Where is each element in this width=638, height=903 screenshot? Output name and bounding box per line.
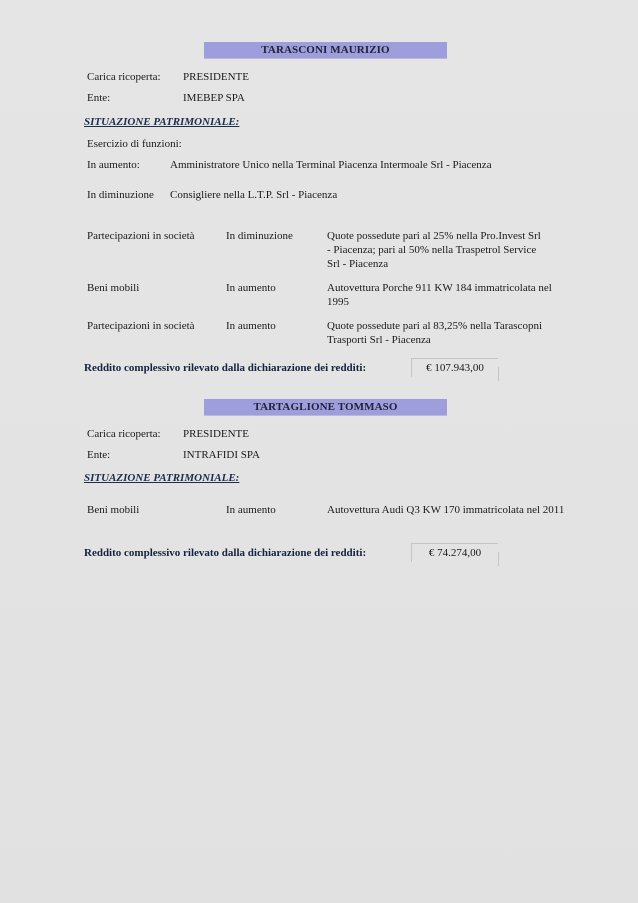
situazione-patrimoniale-heading: SITUAZIONE PATRIMONIALE: [84, 115, 239, 129]
carica-value: PRESIDENTE [183, 70, 249, 84]
situazione-patrimoniale-heading: SITUAZIONE PATRIMONIALE: [84, 471, 239, 485]
patrimonio-description: Quote possedute pari al 83,25% nella Tar… [327, 319, 572, 347]
esercizio-funzioni-label: Esercizio di funzioni: [87, 137, 182, 151]
ente-label: Ente: [87, 448, 110, 462]
carica-label: Carica ricoperta: [87, 427, 161, 441]
patrimonio-direction: In diminuzione [226, 229, 293, 243]
ente-value: IMEBEP SPA [183, 91, 245, 105]
person-name-header: TARASCONI MAURIZIO [204, 42, 447, 59]
patrimonio-description: Autovettura Porche 911 KW 184 immatricol… [327, 281, 562, 309]
patrimonio-direction: In aumento [226, 281, 276, 295]
patrimonio-direction: In aumento [226, 319, 276, 333]
carica-label: Carica ricoperta: [87, 70, 161, 84]
funzioni-direction: In diminuzione [87, 188, 154, 202]
funzioni-description: Amministratore Unico nella Terminal Piac… [170, 158, 492, 172]
patrimonio-category: Partecipazioni in società [87, 319, 195, 333]
person-name-header: TARTAGLIONE TOMMASO [204, 399, 447, 416]
document-page: TARASCONI MAURIZIO Carica ricoperta: PRE… [0, 0, 638, 903]
carica-value: PRESIDENTE [183, 427, 249, 441]
patrimonio-description: Quote possedute pari al 25% nella Pro.In… [327, 229, 547, 271]
reddito-value: € 107.943,00 [411, 358, 498, 377]
patrimonio-description: Autovettura Audi Q3 KW 170 immatricolata… [327, 503, 567, 517]
patrimonio-category: Beni mobili [87, 503, 139, 517]
patrimonio-category: Partecipazioni in società [87, 229, 195, 243]
patrimonio-category: Beni mobili [87, 281, 139, 295]
reddito-label: Reddito complessivo rilevato dalla dichi… [84, 546, 366, 560]
funzioni-description: Consigliere nella L.T.P. Srl - Piacenza [170, 188, 337, 202]
reddito-value: € 74.274,00 [411, 543, 498, 562]
ente-label: Ente: [87, 91, 110, 105]
patrimonio-direction: In aumento [226, 503, 276, 517]
reddito-label: Reddito complessivo rilevato dalla dichi… [84, 361, 366, 375]
ente-value: INTRAFIDI SPA [183, 448, 260, 462]
funzioni-direction: In aumento: [87, 158, 140, 172]
